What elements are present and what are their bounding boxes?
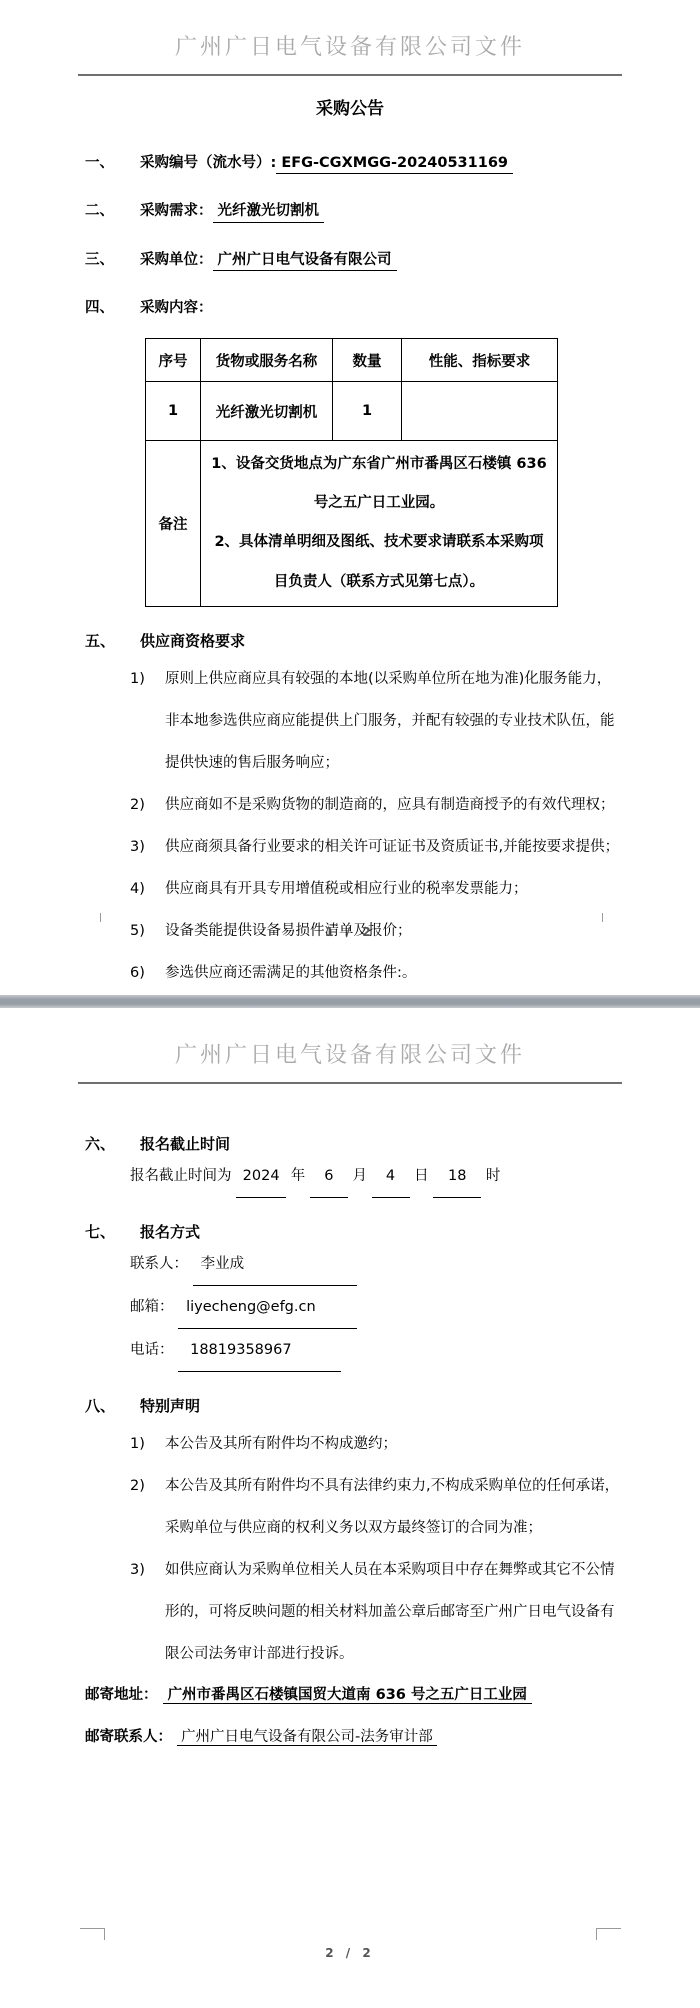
item-number: 二、 [85,201,140,222]
section-number: 七、 [85,1222,140,1243]
list-item: 2) 本公告及其所有附件均不具有法律约束力,不构成采购单位的任何承诺，采购单位与… [130,1465,620,1549]
section-title: 供应商资格要求 [140,631,245,652]
company-letterhead: 广州广日电气设备有限公司文件 [78,30,622,76]
list-marker: 6) [130,952,165,994]
list-marker: 4) [130,868,165,910]
section-number: 五、 [85,631,140,652]
deadline-year: 2024 [236,1155,286,1198]
section-number: 六、 [85,1134,140,1155]
purchase-number-value: EFG-CGXMGG-20240531169 [276,153,513,174]
company-letterhead: 广州广日电气设备有限公司文件 [78,1038,622,1084]
mailing-contact-label: 邮寄联系人： [85,1729,172,1745]
phone-label: 电话： [130,1342,174,1358]
list-item: 1) 原则上供应商应具有较强的本地(以采购单位所在地为准)化服务能力，非本地参选… [130,658,620,784]
item-label: 采购需求： [140,201,213,222]
item-number: 三、 [85,250,140,271]
list-text: 供应商如不是采购货物的制造商的，应具有制造商授予的有效代理权； [165,784,620,826]
item-purchase-demand: 二、 采购需求： 光纤激光切割机 [85,201,645,222]
contact-label: 联系人： [130,1256,188,1272]
section-registration: 七、 报名方式 [85,1222,645,1243]
list-marker: 3) [130,826,165,868]
list-marker: 1) [130,1423,165,1465]
print-boundary-mark [596,1928,621,1940]
item-number: 四、 [85,298,140,318]
unit-hour: 时 [486,1168,501,1184]
section-deadline: 六、 报名截止时间 [85,1134,645,1155]
print-boundary-mark [602,913,603,922]
mailing-address-value: 广州市番禺区石楼镇国贸大道南 636 号之五广日工业园 [163,1687,532,1704]
purchase-unit-value: 广州广日电气设备有限公司 [213,250,397,271]
col-header-spec: 性能、指标要求 [402,339,558,382]
list-text: 本公告及其所有附件均不具有法律约束力,不构成采购单位的任何承诺，采购单位与供应商… [165,1465,620,1549]
section-title: 特别声明 [140,1396,200,1417]
section-title: 报名方式 [140,1222,200,1243]
page-number: 1 / 2 [0,925,700,939]
statement-list: 1) 本公告及其所有附件均不构成邀约； 2) 本公告及其所有附件均不具有法律约束… [130,1423,620,1675]
document-page-2: 广州广日电气设备有限公司文件 六、 报名截止时间 报名截止时间为 2024 年 … [0,1008,700,2008]
deadline-day: 4 [372,1155,410,1198]
col-header-qty: 数量 [333,339,402,382]
list-text: 本公告及其所有附件均不构成邀约； [165,1423,620,1465]
mailing-address-line: 邮寄地址： 广州市番禺区石楼镇国贸大道南 636 号之五广日工业园 [85,1675,645,1716]
contact-person-line: 联系人： 李业成 [130,1243,640,1286]
item-purchase-content: 四、 采购内容： [85,298,645,318]
contact-phone-line: 电话： 18819358967 [130,1329,640,1372]
list-item: 1) 本公告及其所有附件均不构成邀约； [130,1423,620,1465]
cell-qty: 1 [333,382,402,441]
list-item: 2) 供应商如不是采购货物的制造商的，应具有制造商授予的有效代理权； [130,784,620,826]
mailing-contact-value: 广州广日电气设备有限公司-法务审计部 [177,1729,437,1746]
cell-index: 1 [146,382,201,441]
section-special-statement: 八、 特别声明 [85,1396,645,1417]
section-title: 报名截止时间 [140,1134,230,1155]
email-label: 邮箱： [130,1299,174,1315]
page-number: 2 / 2 [0,1946,700,1960]
table-remark-row: 备注 1、设备交货地点为广东省广州市番禺区石楼镇 636 号之五广日工业园。 2… [146,441,558,607]
remark-line-2: 2、具体清单明细及图纸、技术要求请联系本采购项目负责人（联系方式见第七点）。 [209,523,549,601]
item-label: 采购单位： [140,250,213,271]
remark-line-1: 1、设备交货地点为广东省广州市番禺区石楼镇 636 号之五广日工业园。 [209,445,549,523]
cell-spec [402,382,558,441]
list-item: 6) 参选供应商还需满足的其他资格条件:。 [130,952,620,994]
unit-month: 月 [352,1168,367,1184]
purchase-content-table: 序号 货物或服务名称 数量 性能、指标要求 1 光纤激光切割机 1 备注 1、设… [145,338,558,607]
list-text: 如供应商认为采购单位相关人员在本采购项目中存在舞弊或其它不公情形的，可将反映问题… [165,1549,620,1675]
list-text: 原则上供应商应具有较强的本地(以采购单位所在地为准)化服务能力，非本地参选供应商… [165,658,620,784]
page-break-separator [0,995,700,1008]
list-marker: 3) [130,1549,165,1675]
col-header-index: 序号 [146,339,201,382]
deadline-month: 6 [310,1155,348,1198]
contact-phone: 18819358967 [178,1329,341,1372]
unit-day: 日 [414,1168,429,1184]
item-label: 采购编号（流水号）: [140,153,276,174]
table-row: 1 光纤激光切割机 1 [146,382,558,441]
unit-year: 年 [291,1168,306,1184]
list-text: 供应商具有开具专用增值税或相应行业的税率发票能力； [165,868,620,910]
list-marker: 1) [130,658,165,784]
list-item: 3) 如供应商认为采购单位相关人员在本采购项目中存在舞弊或其它不公情形的，可将反… [130,1549,620,1675]
list-item: 4) 供应商具有开具专用增值税或相应行业的税率发票能力； [130,868,620,910]
contact-email-line: 邮箱： liyecheng@efg.cn [130,1286,640,1329]
list-marker: 2) [130,1465,165,1549]
list-marker: 2) [130,784,165,826]
qualification-list: 1) 原则上供应商应具有较强的本地(以采购单位所在地为准)化服务能力，非本地参选… [130,658,620,994]
deadline-line: 报名截止时间为 2024 年 6 月 4 日 18 时 [130,1155,640,1198]
mailing-address-label: 邮寄地址： [85,1687,158,1703]
document-page-1: 广州广日电气设备有限公司文件 采购公告 一、 采购编号（流水号）: EFG-CG… [0,0,700,995]
purchase-demand-value: 光纤激光切割机 [213,201,325,222]
list-text: 供应商须具备行业要求的相关许可证证书及资质证书,并能按要求提供； [165,826,620,868]
remark-label-cell: 备注 [146,441,201,607]
mailing-contact-line: 邮寄联系人： 广州广日电气设备有限公司-法务审计部 [85,1717,645,1758]
contact-email: liyecheng@efg.cn [178,1286,357,1329]
item-number: 一、 [85,153,140,174]
print-boundary-mark [100,913,101,922]
list-text: 参选供应商还需满足的其他资格条件:。 [165,952,620,994]
deadline-prefix: 报名截止时间为 [130,1168,232,1184]
remark-content-cell: 1、设备交货地点为广东省广州市番禺区石楼镇 636 号之五广日工业园。 2、具体… [201,441,558,607]
table-header-row: 序号 货物或服务名称 数量 性能、指标要求 [146,339,558,382]
print-boundary-mark [80,1928,105,1940]
section-supplier-qualification: 五、 供应商资格要求 [85,631,645,652]
list-item: 3) 供应商须具备行业要求的相关许可证证书及资质证书,并能按要求提供； [130,826,620,868]
item-purchase-unit: 三、 采购单位： 广州广日电气设备有限公司 [85,250,645,271]
page-title: 采购公告 [0,94,700,119]
contact-name: 李业成 [193,1243,357,1286]
section-number: 八、 [85,1396,140,1417]
deadline-hour: 18 [433,1155,481,1198]
item-purchase-number: 一、 采购编号（流水号）: EFG-CGXMGG-20240531169 [85,153,645,174]
item-label: 采购内容： [140,298,213,318]
cell-name: 光纤激光切割机 [201,382,333,441]
col-header-name: 货物或服务名称 [201,339,333,382]
